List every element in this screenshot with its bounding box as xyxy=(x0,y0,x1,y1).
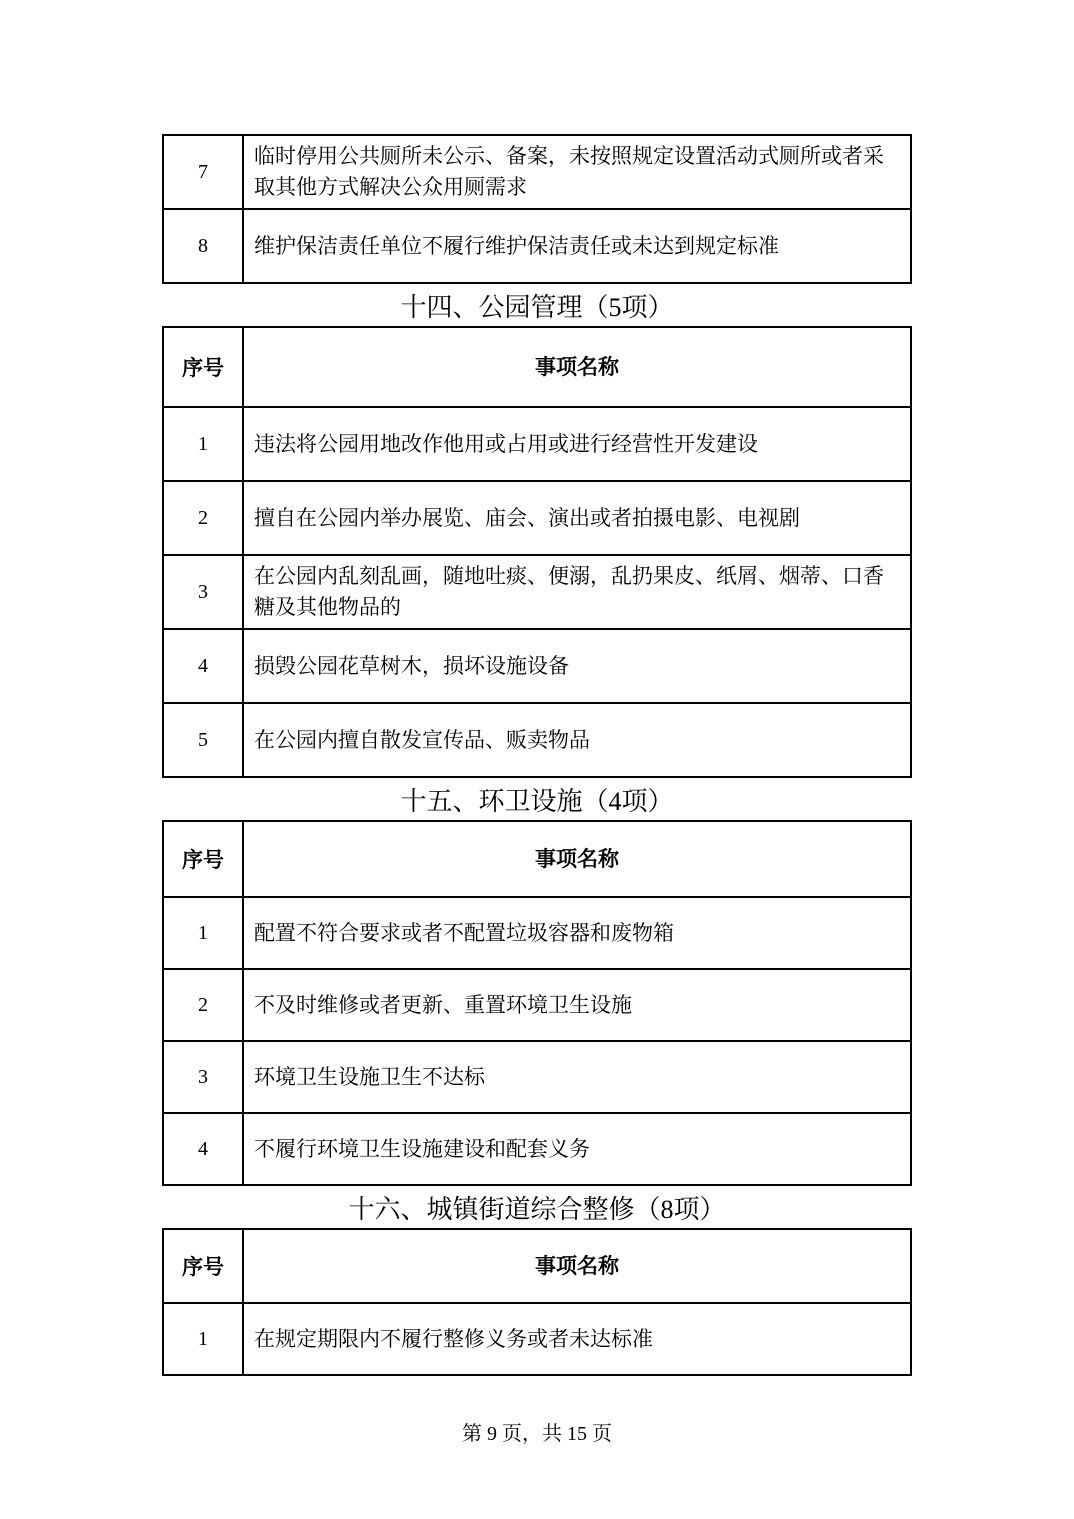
item-name-cell: 不及时维修或者更新、重置环境卫生设施 xyxy=(244,970,910,1040)
page-footer: 第 9 页，共 15 页 xyxy=(162,1420,912,1448)
row-number-cell: 3 xyxy=(164,1042,244,1112)
section-sanitation-facilities: 十五、环卫设施（4项） 序号 事项名称 1 配置不符合要求或者不配置垃圾容器和废… xyxy=(162,786,912,1186)
table-row: 4 不履行环境卫生设施建设和配套义务 xyxy=(164,1112,910,1184)
row-number-cell: 1 xyxy=(164,898,244,968)
items-table: 序号 事项名称 1 配置不符合要求或者不配置垃圾容器和废物箱 2 不及时维修或者… xyxy=(162,820,912,1186)
document-page: 7 临时停用公共厕所未公示、备案，未按照规定设置活动式厕所或者采取其他方式解决公… xyxy=(0,0,1074,1519)
item-name-cell: 损毁公园花草树木，损坏设施设备 xyxy=(244,630,910,702)
table-row: 7 临时停用公共厕所未公示、备案，未按照规定设置活动式厕所或者采取其他方式解决公… xyxy=(164,136,910,208)
row-number-cell: 4 xyxy=(164,1114,244,1184)
item-name-cell: 配置不符合要求或者不配置垃圾容器和废物箱 xyxy=(244,898,910,968)
table-row: 3 在公园内乱刻乱画，随地吐痰、便溺，乱扔果皮、纸屑、烟蒂、口香糖及其他物品的 xyxy=(164,554,910,628)
row-number-cell: 2 xyxy=(164,482,244,554)
section-heading: 十五、环卫设施（4项） xyxy=(162,786,912,818)
table-header-row: 序号 事项名称 xyxy=(164,328,910,406)
item-name-cell: 环境卫生设施卫生不达标 xyxy=(244,1042,910,1112)
item-name-cell: 违法将公园用地改作他用或占用或进行经营性开发建设 xyxy=(244,408,910,480)
column-header-item-name: 事项名称 xyxy=(244,822,910,896)
item-name-cell: 临时停用公共厕所未公示、备案，未按照规定设置活动式厕所或者采取其他方式解决公众用… xyxy=(244,136,910,208)
row-number-cell: 7 xyxy=(164,136,244,208)
table-row: 5 在公园内擅自散发宣传品、贩卖物品 xyxy=(164,702,910,776)
row-number-cell: 2 xyxy=(164,970,244,1040)
item-name-cell: 在公园内擅自散发宣传品、贩卖物品 xyxy=(244,704,910,776)
table-row: 8 维护保洁责任单位不履行维护保洁责任或未达到规定标准 xyxy=(164,208,910,282)
row-number-cell: 8 xyxy=(164,210,244,282)
item-name-cell: 不履行环境卫生设施建设和配套义务 xyxy=(244,1114,910,1184)
table-row: 1 在规定期限内不履行整修义务或者未达标准 xyxy=(164,1302,910,1374)
row-number-cell: 4 xyxy=(164,630,244,702)
section-heading: 十六、城镇街道综合整修（8项） xyxy=(162,1194,912,1226)
table-row: 3 环境卫生设施卫生不达标 xyxy=(164,1040,910,1112)
section-continued: 7 临时停用公共厕所未公示、备案，未按照规定设置活动式厕所或者采取其他方式解决公… xyxy=(162,134,912,284)
section-park-management: 十四、公园管理（5项） 序号 事项名称 1 违法将公园用地改作他用或占用或进行经… xyxy=(162,292,912,778)
table-header-row: 序号 事项名称 xyxy=(164,1230,910,1302)
column-header-item-name: 事项名称 xyxy=(244,1230,910,1302)
table-row: 1 违法将公园用地改作他用或占用或进行经营性开发建设 xyxy=(164,406,910,480)
items-table: 序号 事项名称 1 违法将公园用地改作他用或占用或进行经营性开发建设 2 擅自在… xyxy=(162,326,912,778)
column-header-number: 序号 xyxy=(164,328,244,406)
item-name-cell: 擅自在公园内举办展览、庙会、演出或者拍摄电影、电视剧 xyxy=(244,482,910,554)
table-row: 1 配置不符合要求或者不配置垃圾容器和废物箱 xyxy=(164,896,910,968)
column-header-item-name: 事项名称 xyxy=(244,328,910,406)
row-number-cell: 3 xyxy=(164,556,244,628)
table-row: 2 擅自在公园内举办展览、庙会、演出或者拍摄电影、电视剧 xyxy=(164,480,910,554)
table-header-row: 序号 事项名称 xyxy=(164,822,910,896)
items-table: 7 临时停用公共厕所未公示、备案，未按照规定设置活动式厕所或者采取其他方式解决公… xyxy=(162,134,912,284)
row-number-cell: 1 xyxy=(164,408,244,480)
row-number-cell: 1 xyxy=(164,1304,244,1374)
items-table: 序号 事项名称 1 在规定期限内不履行整修义务或者未达标准 xyxy=(162,1228,912,1376)
item-name-cell: 维护保洁责任单位不履行维护保洁责任或未达到规定标准 xyxy=(244,210,910,282)
table-row: 4 损毁公园花草树木，损坏设施设备 xyxy=(164,628,910,702)
column-header-number: 序号 xyxy=(164,1230,244,1302)
section-heading: 十四、公园管理（5项） xyxy=(162,292,912,324)
section-street-renovation: 十六、城镇街道综合整修（8项） 序号 事项名称 1 在规定期限内不履行整修义务或… xyxy=(162,1194,912,1376)
item-name-cell: 在规定期限内不履行整修义务或者未达标准 xyxy=(244,1304,910,1374)
column-header-number: 序号 xyxy=(164,822,244,896)
row-number-cell: 5 xyxy=(164,704,244,776)
item-name-cell: 在公园内乱刻乱画，随地吐痰、便溺，乱扔果皮、纸屑、烟蒂、口香糖及其他物品的 xyxy=(244,556,910,628)
table-row: 2 不及时维修或者更新、重置环境卫生设施 xyxy=(164,968,910,1040)
